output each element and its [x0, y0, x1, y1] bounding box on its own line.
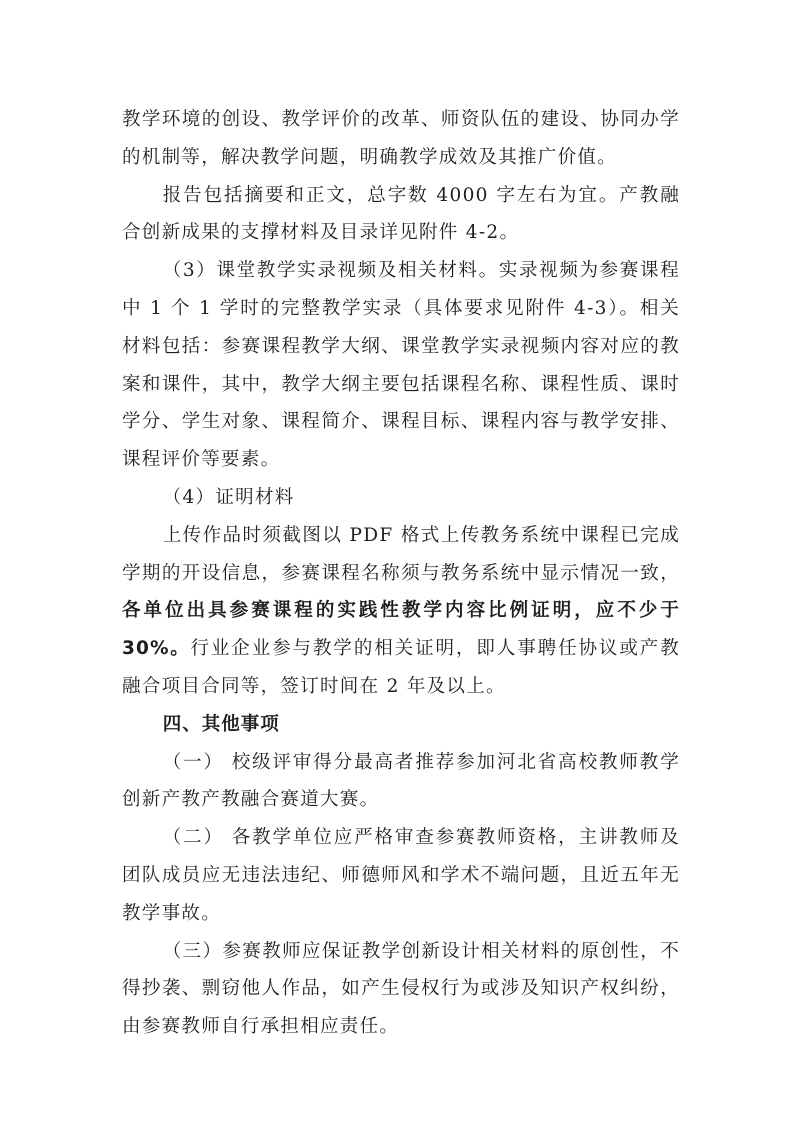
proof-text-before: 上传作品时须截图以 PDF 格式上传教务系统中课程已完成学期的开设信息，参赛课程… — [122, 525, 680, 584]
paragraph-teaching-environment: 教学环境的创设、教学评价的改革、师资队伍的建设、协同办学的机制等，解决教学问题，… — [122, 101, 680, 177]
section-item-3: （三）参赛教师应保证教学创新设计相关材料的原创性，不得抄袭、剽窃他人作品，如产生… — [122, 933, 680, 1046]
section-item-1: （一） 校级评审得分最高者推荐参加河北省高校教师教学创新产教产教融合赛道大赛。 — [122, 744, 680, 820]
paragraph-classroom-video: （3）课堂教学实录视频及相关材料。实录视频为参赛课程中 1 个 1 学时的完整教… — [122, 252, 680, 479]
section-heading-other-matters: 四、其他事项 — [122, 706, 680, 744]
section-item-2: （二） 各教学单位应严格审查参赛教师资格，主讲教师及团队成员应无违法违纪、师德师… — [122, 819, 680, 932]
document-page: 教学环境的创设、教学评价的改革、师资队伍的建设、协同办学的机制等，解决教学问题，… — [122, 101, 680, 1046]
paragraph-report-length: 报告包括摘要和正文，总字数 4000 字左右为宜。产教融合创新成果的支撑材料及目… — [122, 177, 680, 253]
paragraph-proof-materials-body: 上传作品时须截图以 PDF 格式上传教务系统中课程已完成学期的开设信息，参赛课程… — [122, 517, 680, 706]
proof-text-after: 行业企业参与教学的相关证明，即人事聘任协议或产教融合项目合同等，签订时间在 2 … — [122, 638, 680, 697]
paragraph-proof-materials-title: （4）证明材料 — [122, 479, 680, 517]
